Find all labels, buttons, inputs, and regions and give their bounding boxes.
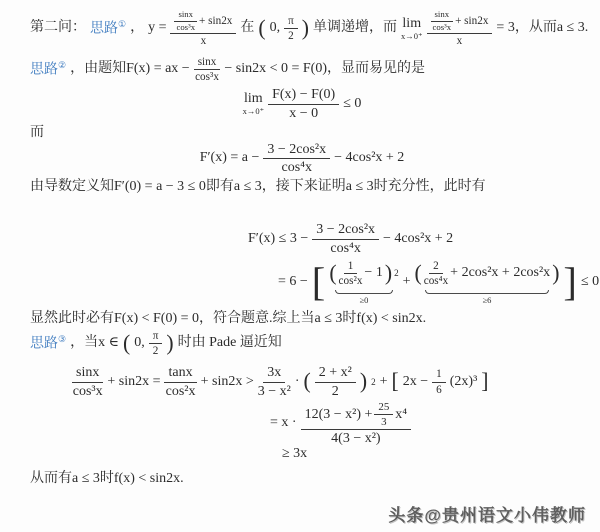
math-run: − 4cos²x + 2 <box>383 231 453 248</box>
fraction: tanx cos²x <box>164 365 196 399</box>
fraction: sinx cos³x + sin2x x <box>427 10 493 48</box>
math-run: = 6 − <box>278 274 308 291</box>
toutiao-watermark: 头条@贵州语文小伟教师 <box>388 506 586 526</box>
math-document: 第二问： 思路① ， y = sinx cos³x + sin2x x 在 ( … <box>0 0 600 532</box>
fraction: sinx cos³x <box>72 365 103 399</box>
inner-fraction: sinx cos³x <box>431 10 454 32</box>
paren-close: ) <box>552 264 559 284</box>
pi-over-2: π 2 <box>149 330 163 358</box>
limit-operator: lim x→0⁺ <box>401 17 423 41</box>
paren-close: ) <box>302 19 309 39</box>
fraction: 2 cos⁴x <box>424 260 448 288</box>
paren-close: ) <box>166 334 173 354</box>
math-run: 0, <box>134 335 145 352</box>
math-run: + sin2x > <box>201 374 254 391</box>
inner-fraction: 25 3 <box>374 401 393 428</box>
text-run: 单调递增，而 <box>313 20 397 37</box>
underbrace <box>425 290 548 294</box>
formula-line-7: F′(x) ≤ 3 − 3 − 2cos²x cos⁴x − 4cos²x + … <box>30 222 574 256</box>
underbrace-label: ≥6 <box>483 295 492 305</box>
fraction: 12(3 − x²) + 25 3 x⁴ 4(3 − x²) <box>301 401 412 446</box>
silu-label-3: 思路③ <box>30 334 66 353</box>
math-run: ≤ 0 <box>343 96 361 113</box>
inner-fraction: sinx cos³x <box>174 10 197 32</box>
text-run: 从而有a ≤ 3时f(x) < sin2x. <box>30 471 184 488</box>
text-line-derivative-def: 由导数定义知F′(0) = a − 3 ≤ 0即有a ≤ 3，接下来证明a ≤ … <box>30 179 574 196</box>
limit-operator: lim x→0⁺ <box>243 92 265 116</box>
fraction: 2 + x² 2 <box>315 365 356 399</box>
text-run: 由导数定义知F′(0) = a − 3 ≤ 0即有a ≤ 3，接下来证明a ≤ … <box>30 179 486 196</box>
math-run: 2x − <box>403 374 428 391</box>
math-run: + <box>403 274 411 291</box>
math-run: (2x)³ <box>450 374 478 391</box>
formula-line-11: sinx cos³x + sin2x = tanx cos²x + sin2x … <box>30 365 574 399</box>
fraction: sinx cos³x <box>194 56 221 84</box>
math-run: + sin2x = <box>107 374 160 391</box>
silu-label-1: 思路① <box>90 19 126 38</box>
underbrace-group-2: ( 2 cos⁴x + 2cos²x + 2cos²x ) ≥6 <box>415 260 560 305</box>
formula-line-13: ≥ 3x <box>30 446 574 463</box>
paren-open: ( <box>258 19 265 39</box>
bracket-open: [ <box>312 265 326 300</box>
exponent: 2 <box>394 268 399 279</box>
pi-over-2: π 2 <box>284 15 298 43</box>
silu-label-2: 思路② <box>30 60 66 79</box>
paren-open: ( <box>415 264 422 284</box>
math-run: − sin2x < 0 = F(0)，显而易见的是 <box>224 61 425 78</box>
math-run: ≤ 0 <box>581 274 599 291</box>
formula-line-2: 思路② ，由题知F(x) = ax − sinx cos³x − sin2x <… <box>30 56 574 84</box>
text-run: 时由 Pade 逼近知 <box>178 335 282 352</box>
formula-line-12: = x · 12(3 − x²) + 25 3 x⁴ 4(3 − x²) <box>30 401 574 446</box>
math-run: · <box>295 374 300 391</box>
paren-open: ( <box>123 334 130 354</box>
math-run: ≥ 3x <box>282 446 307 463</box>
math-run: ，当x ∈ <box>70 335 119 352</box>
math-run: + <box>380 374 388 391</box>
fraction: 1 cos²x <box>339 260 363 288</box>
bracket-open: [ <box>392 372 399 392</box>
fraction: 3x 3 − x² <box>258 365 291 399</box>
text-line-er: 而 <box>30 125 574 142</box>
math-run: ，由题知F(x) = ax − <box>70 61 190 78</box>
fraction: F(x) − F(0) x − 0 <box>268 87 339 121</box>
formula-line-1: 第二问： 思路① ， y = sinx cos³x + sin2x x 在 ( … <box>30 10 574 48</box>
fraction: sinx cos³x + sin2x x <box>170 10 236 48</box>
math-run: = x · <box>270 415 297 432</box>
math-run: − 4cos²x + 2 <box>334 150 404 167</box>
math-run: F′(x) ≤ 3 − <box>248 231 308 248</box>
exponent: 2 <box>371 377 376 388</box>
text-run: 显然此时必有F(x) < F(0) = 0，符合题意.综上当a ≤ 3时f(x)… <box>30 311 426 328</box>
underbrace-group-1: ( 1 cos²x − 1 ) 2 ≥0 <box>329 260 398 305</box>
paren-close: ) <box>385 264 392 284</box>
formula-line-10: 思路③ ，当x ∈ ( 0, π 2 ) 时由 Pade 逼近知 <box>30 330 574 358</box>
math-run: = 3，从而a ≤ 3. <box>496 20 588 37</box>
math-run: F′(x) = a − <box>200 150 260 167</box>
fraction: 3 − 2cos²x cos⁴x <box>263 142 330 176</box>
question-label: 第二问： <box>30 20 86 37</box>
formula-line-5: F′(x) = a − 3 − 2cos²x cos⁴x − 4cos²x + … <box>30 142 574 176</box>
underbrace <box>335 290 394 294</box>
text-line-conclusion-1: 显然此时必有F(x) < F(0) = 0，符合题意.综上当a ≤ 3时f(x)… <box>30 311 574 328</box>
text-run: ， <box>130 20 144 37</box>
text-run: 而 <box>30 125 44 142</box>
fraction: 1 6 <box>432 368 446 396</box>
underbrace-label: ≥0 <box>360 295 369 305</box>
fraction: 3 − 2cos²x cos⁴x <box>312 222 379 256</box>
bracket-close: ] <box>563 265 577 300</box>
math-run: y = <box>148 20 166 37</box>
math-run: 0, <box>270 20 281 37</box>
paren-close: ) <box>360 372 367 392</box>
paren-open: ( <box>304 372 311 392</box>
formula-line-8: = 6 − [ ( 1 cos²x − 1 ) 2 ≥0 + ( 2 c <box>30 260 574 305</box>
bracket-close: ] <box>481 372 488 392</box>
text-line-conclusion-2: 从而有a ≤ 3时f(x) < sin2x. <box>30 471 574 488</box>
paren-open: ( <box>329 264 336 284</box>
formula-line-3: lim x→0⁺ F(x) − F(0) x − 0 ≤ 0 <box>30 87 574 121</box>
text-run: 在 <box>240 20 254 37</box>
